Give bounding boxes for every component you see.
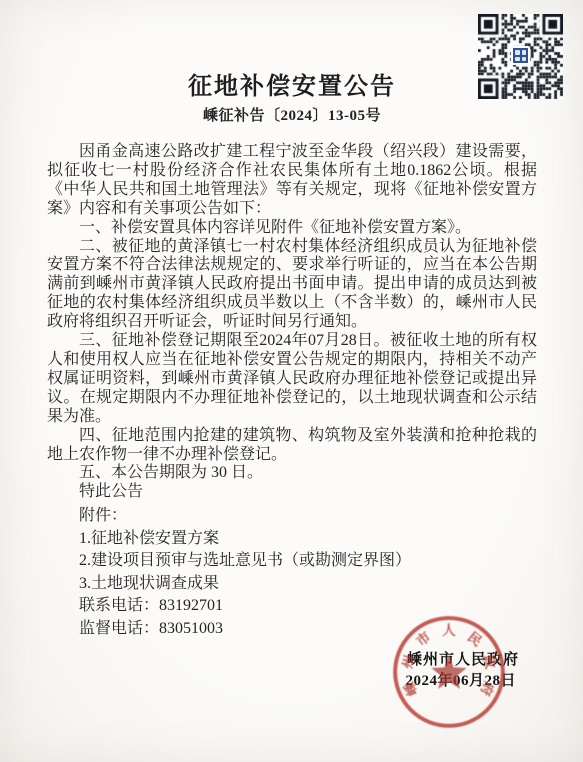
attachment-item: 2.建设项目预审与选址意见书（或勘测定界图） [79, 550, 537, 573]
attachments-section: 附件： 1.征地补偿安置方案 2.建设项目预审与选址意见书（或勘测定界图） 3.… [47, 505, 537, 640]
paragraph-item-1: 一、补偿安置具体内容详见附件《征地补偿安置方案》。 [47, 219, 537, 238]
attachments-label: 附件： [79, 505, 537, 528]
paragraph-intro: 因甬金高速公路改扩建工程宁波至金华段（绍兴段）建设需要，拟征收七一村股份经济合作… [47, 143, 537, 219]
document-number: 嵊征补告〔2024〕13-05号 [47, 104, 537, 125]
qr-logo-glyph [522, 50, 527, 55]
paragraph-closing: 特此公告 [47, 483, 537, 502]
attachment-item: 1.征地补偿安置方案 [79, 528, 537, 551]
paragraph-item-2: 二、被征地的黄泽镇七一村农村集体经济组织成员认为征地补偿安置方案不符合法律法规规… [47, 238, 537, 333]
announcement-body: 因甬金高速公路改扩建工程宁波至金华段（绍兴段）建设需要，拟征收七一村股份经济合作… [47, 143, 537, 640]
qr-logo-glyph [515, 57, 520, 62]
page-title: 征地补偿安置公告 [47, 66, 537, 101]
qr-logo-glyph [522, 57, 527, 62]
qr-center-logo-icon [511, 46, 530, 65]
paragraph-item-3: 三、征地补偿登记期限至2024年07月28日。被征收土地的所有权人和使用权人应当… [47, 332, 537, 427]
issuer-name: 嵊州市人民政府 [407, 648, 519, 669]
paragraph-item-5: 五、本公告期限为 30 日。 [47, 464, 537, 483]
contact-phone: 联系电话：83192701 [79, 595, 537, 618]
supervision-phone: 监督电话：83051003 [79, 618, 537, 641]
issue-date: 2024年06月28日 [405, 669, 516, 690]
paragraph-item-4: 四、征地范围内抢建的建筑物、构筑物及室外装潢和抢种抢栽的地上农作物一律不办理补偿… [47, 427, 537, 465]
qr-logo-glyph [515, 50, 520, 55]
attachment-item: 3.土地现状调查成果 [79, 573, 537, 596]
